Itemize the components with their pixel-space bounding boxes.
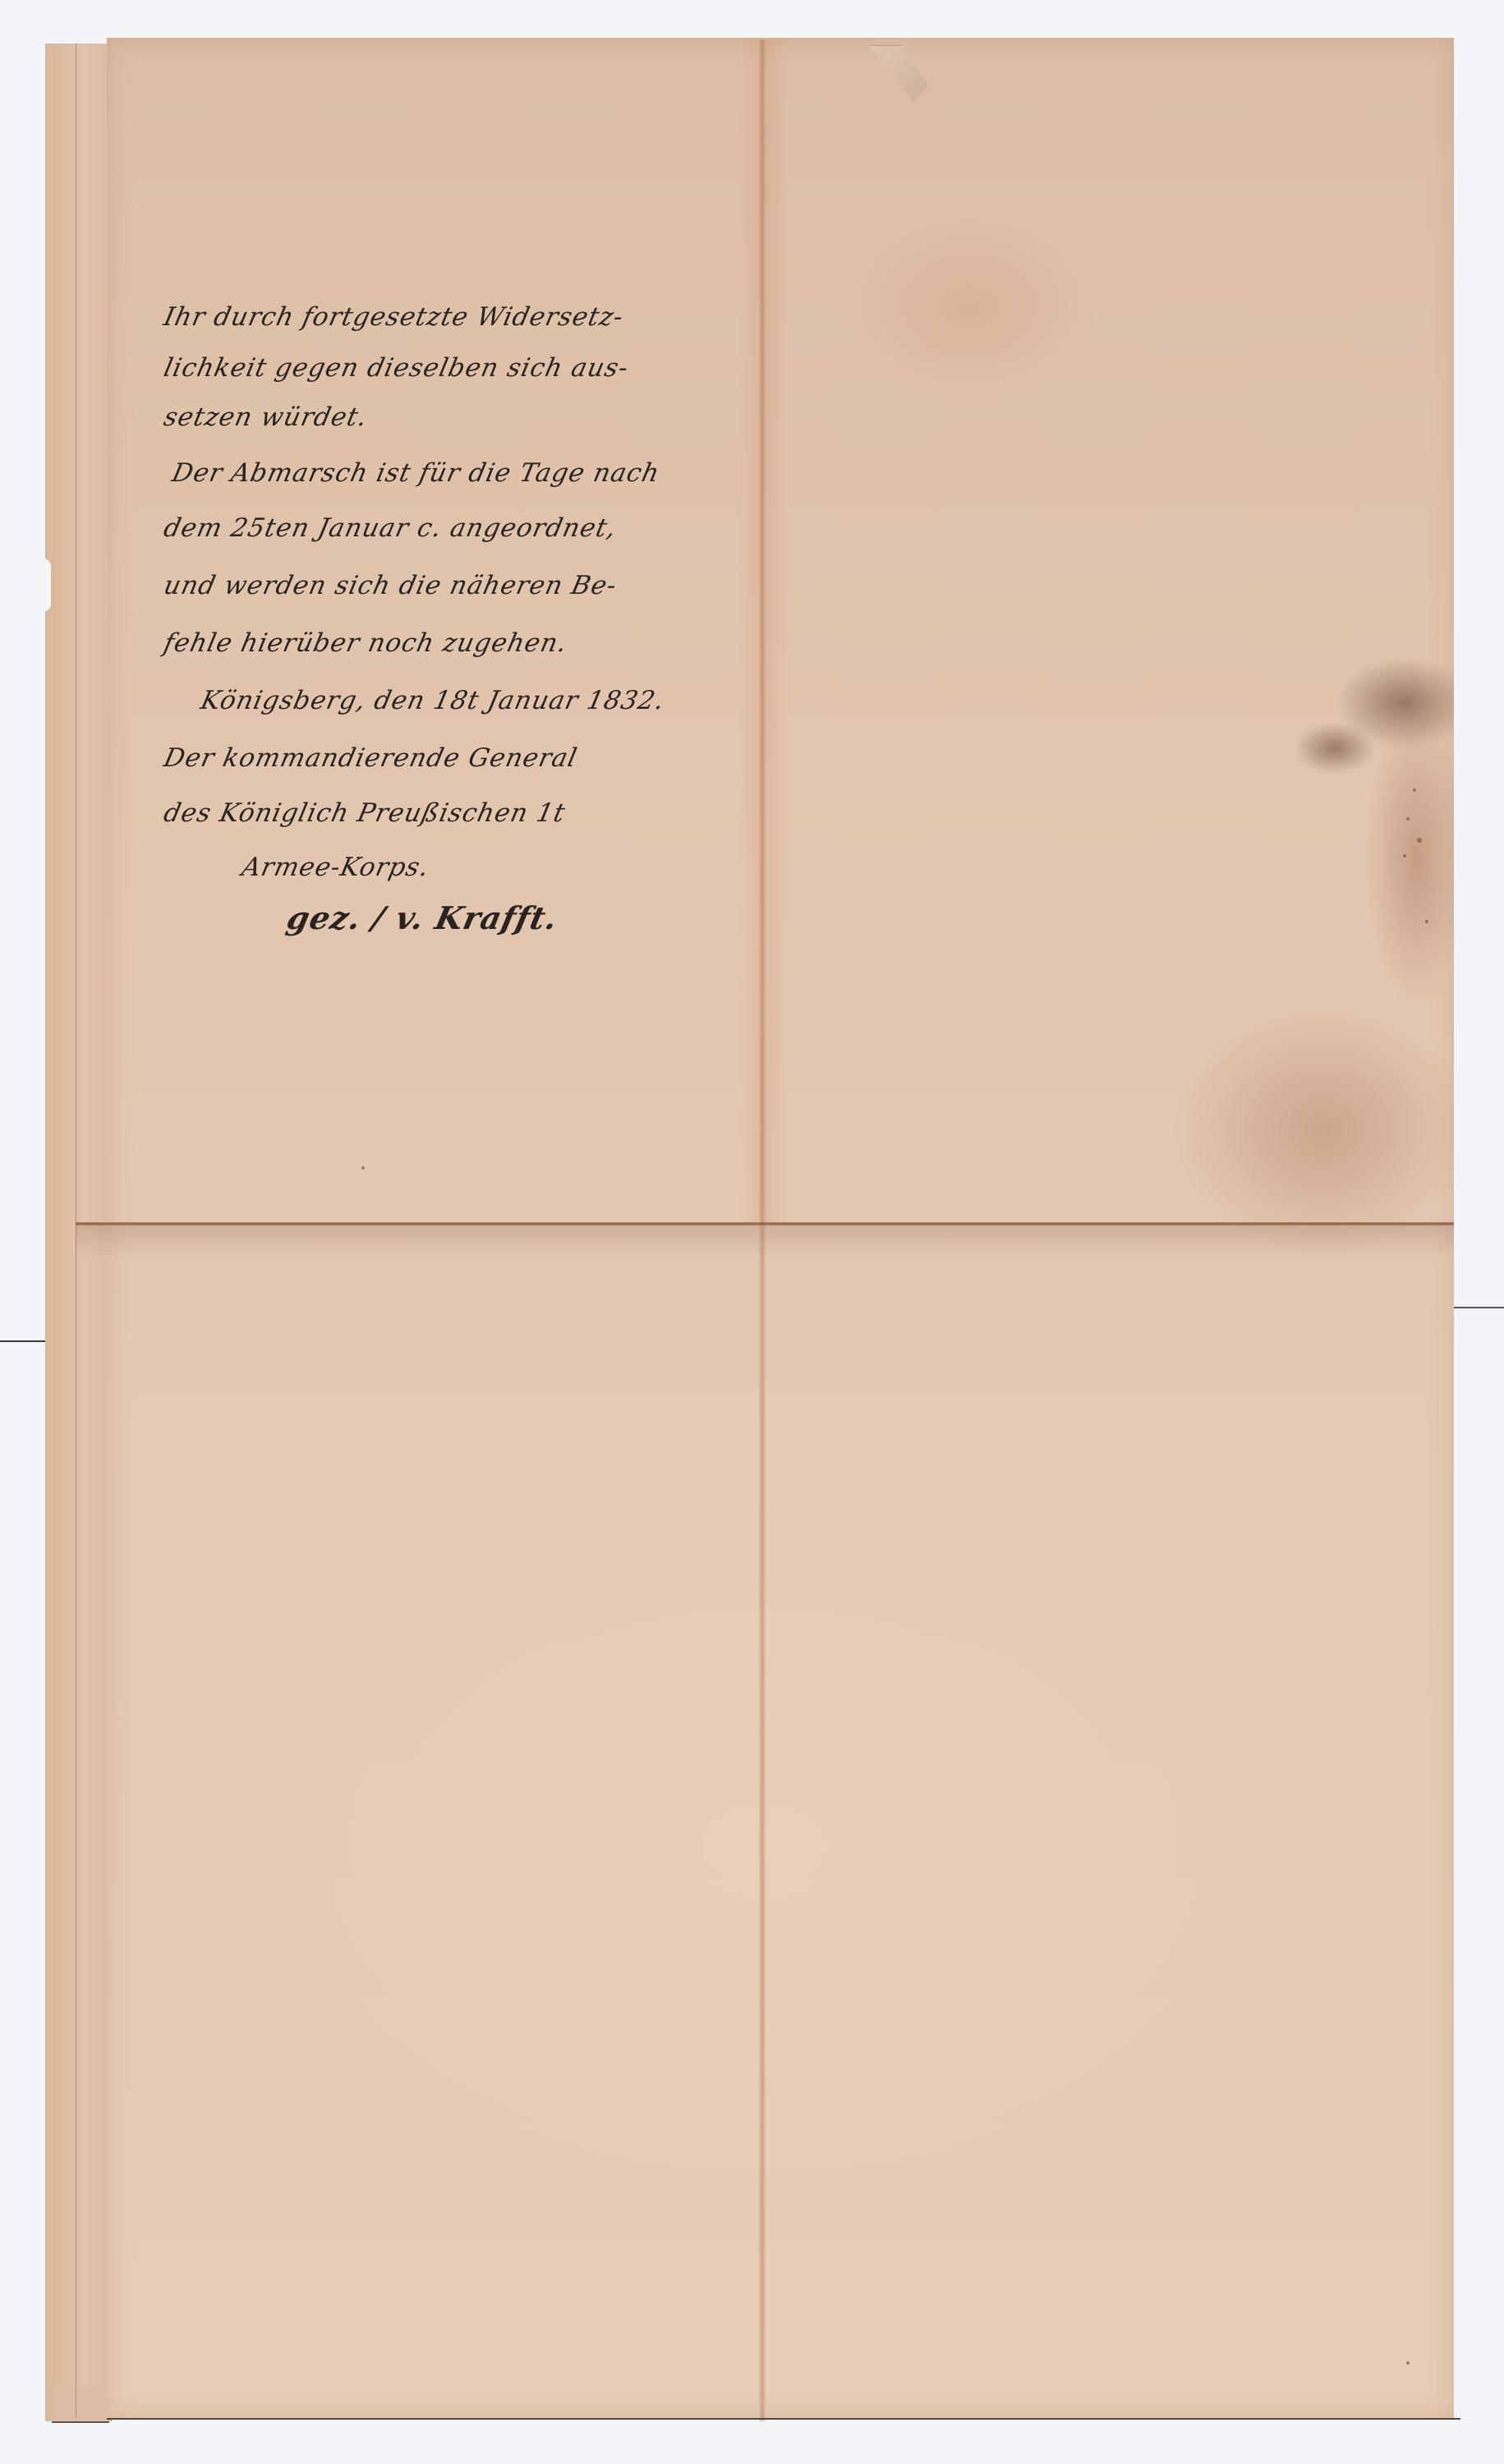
foxing-spot <box>361 1166 365 1170</box>
foxing-spot <box>1403 854 1406 857</box>
scanner-guide-line-left <box>0 1340 49 1342</box>
text-line-5: dem 25ten Januar c. angeordnet, <box>161 513 619 543</box>
foxing-spot <box>1413 788 1416 792</box>
text-line-1: Ihr durch fortgesetzte Widersetz- <box>161 302 626 332</box>
place-date-line: Königsberg, den 18t Januar 1832. <box>198 686 667 715</box>
text-line-6: und werden sich die näheren Be- <box>161 571 619 600</box>
foxing-spot <box>1406 817 1410 821</box>
signatory-title-line-1: Der kommandierende General <box>161 743 580 773</box>
signatory-title-line-2: des Königlich Preußischen 1t <box>161 798 568 828</box>
paper-edge-notch <box>41 559 51 612</box>
scanner-guide-line-right <box>1452 1307 1504 1308</box>
text-line-7: fehle hierüber noch zugehen. <box>161 628 570 658</box>
horizontal-fold-shadow <box>76 1226 1454 1259</box>
foxing-spot <box>1406 2361 1410 2365</box>
margin-strip-bottom-edge <box>52 2386 109 2423</box>
foxing-spot <box>1425 920 1428 923</box>
foxing-spot <box>1417 838 1422 843</box>
paper-bottom-edge <box>107 2418 1460 2420</box>
signature-line: gez. / v. Krafft. <box>283 899 561 936</box>
text-line-3: setzen würdet. <box>161 402 370 432</box>
text-line-4: Der Abmarsch ist für die Tage nach <box>169 458 662 488</box>
text-line-2: lichkeit gegen dieselben sich aus- <box>161 353 631 383</box>
signatory-title-line-3: Armee-Korps. <box>239 853 432 882</box>
